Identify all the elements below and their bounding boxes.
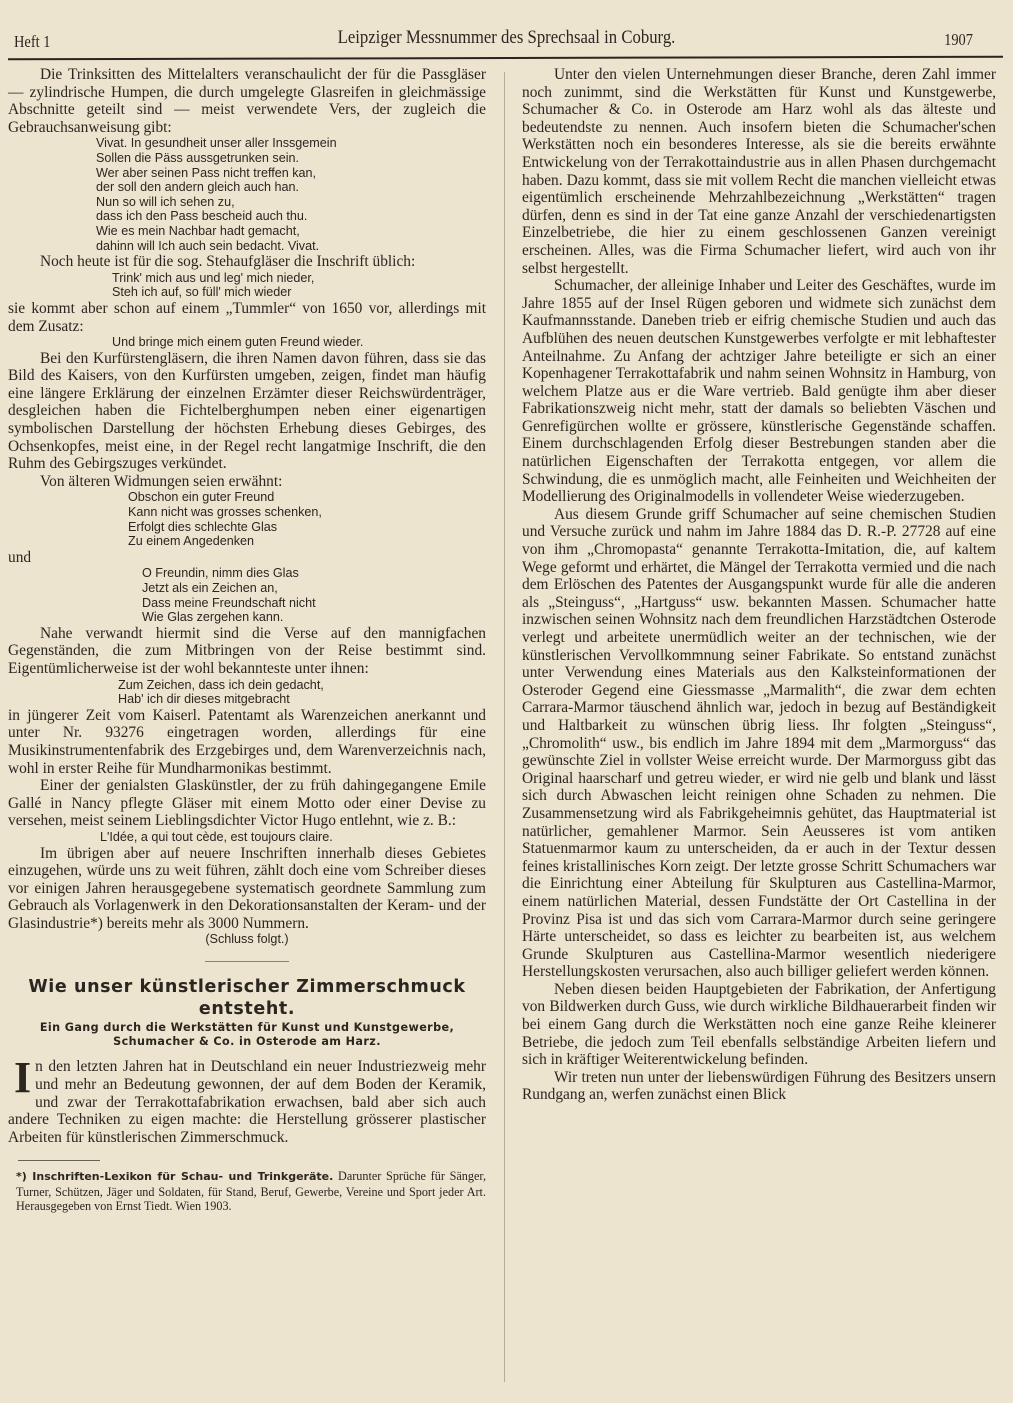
publication-title: Leipziger Messnummer des Sprechsaal in C… [61, 27, 952, 49]
paragraph: sie kommt aber schon auf einem „Tummler“… [8, 300, 486, 335]
connector-word: und [8, 549, 486, 567]
paragraph: Nahe verwandt hiermit sind die Verse auf… [8, 625, 486, 678]
paragraph: Noch heute ist für die sog. Stehaufgläse… [8, 253, 486, 271]
paragraph: Bei den Kurfürstengläsern, die ihren Nam… [8, 350, 486, 473]
footnote-title: *) Inschriften-Lexikon für Schau- und Tr… [16, 1170, 333, 1183]
verse-block: O Freundin, nimm dies Glas Jetzt als ein… [8, 566, 486, 624]
verse-block: Trink' mich aus und leg' mich nieder, St… [8, 271, 486, 300]
paragraph: Wir treten nun unter der liebenswürdigen… [522, 1069, 996, 1104]
verse-line: Und bringe mich einem guten Freund wiede… [8, 335, 486, 350]
paragraph: Die Trinksitten des Mittelalters veransc… [8, 66, 486, 136]
left-column: Die Trinksitten des Mittelalters veransc… [8, 66, 486, 1213]
drop-cap: I [14, 1060, 31, 1096]
paragraph: Einer der genialsten Glaskünstler, der z… [8, 777, 486, 830]
lead-paragraph: n den letzten Jahren hat in Deutschland … [8, 1058, 486, 1146]
footnote: *) Inschriften-Lexikon für Schau- und Tr… [8, 1169, 486, 1213]
to-be-continued: (Schluss folgt.) [8, 932, 486, 947]
paragraph: Schumacher, der alleinige Inhaber und Le… [522, 277, 996, 506]
year: 1907 [944, 30, 973, 50]
verse-block: Vivat. In gesundheit unser aller Inssgem… [8, 136, 486, 253]
article-lead: I n den letzten Jahren hat in Deutschlan… [8, 1058, 486, 1146]
header-rule [8, 56, 1003, 61]
paragraph: Unter den vielen Unternehmungen dieser B… [522, 66, 996, 277]
verse-block: Obschon ein guter Freund Kann nicht was … [8, 490, 486, 548]
article-title: Wie unser künstlerischer Zimmerschmuck e… [8, 976, 486, 1020]
paragraph: in jüngerer Zeit vom Kaiserl. Patentamt … [8, 707, 486, 777]
footnote-rule [18, 1160, 100, 1161]
paragraph: Von älteren Widmungen seien erwähnt: [8, 473, 486, 491]
right-column: Unter den vielen Unternehmungen dieser B… [522, 66, 996, 1104]
page-header: Heft 1 Leipziger Messnummer des Sprechsa… [0, 0, 1013, 62]
issue-number: Heft 1 [14, 32, 51, 52]
paragraph: Aus diesem Grunde griff Schumacher auf s… [522, 506, 996, 981]
paragraph: Im übrigen aber auf neuere Inschriften i… [8, 845, 486, 933]
verse-block: Zum Zeichen, dass ich dein gedacht, Hab'… [8, 678, 486, 707]
verse-line: L'Idée, a qui tout cède, est toujours cl… [8, 830, 486, 845]
section-separator [205, 961, 289, 962]
article-subtitle: Ein Gang durch die Werkstätten für Kunst… [8, 1021, 486, 1049]
paragraph: Neben diesen beiden Hauptgebieten der Fa… [522, 981, 996, 1069]
column-divider [504, 72, 505, 1382]
